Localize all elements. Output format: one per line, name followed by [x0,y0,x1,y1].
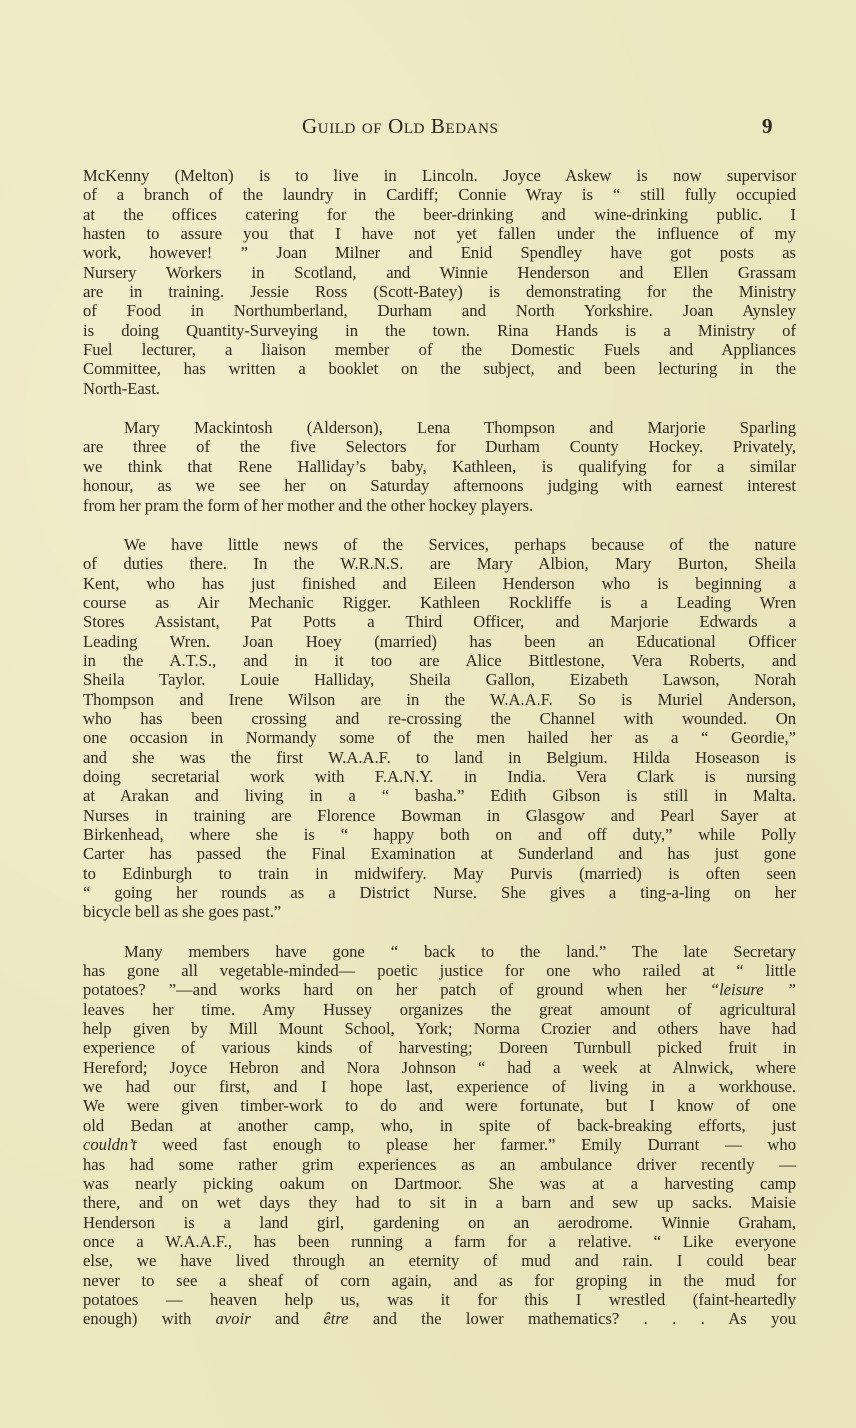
text-segment: potatoes? ”—and works hard on her patch … [83,980,710,999]
italic-text: être [323,1309,348,1328]
text-line: are in training. Jessie Ross (Scott-Bate… [83,282,796,301]
running-title: Guild of Old Bedans [302,114,498,139]
text-line: at Arakan and living in a “ basha.” Edit… [83,786,796,805]
text-line: at the offices catering for the beer-dri… [83,205,796,224]
page-number: 9 [762,114,773,139]
text-line: experience of various kinds of harvestin… [83,1038,796,1057]
text-line: Sheila Taylor. Louie Halliday, Sheila Ga… [83,670,796,689]
text-line: are three of the five Selectors for Durh… [83,437,796,456]
text-line: North-East. [83,379,796,398]
text-line: one occasion in Normandy some of the men… [83,728,796,747]
text-line: work, however! ” Joan Milner and Enid Sp… [83,243,796,262]
text-line: Many members have gone “ back to the lan… [83,942,796,961]
text-line: to Edinburgh to train in midwifery. May … [83,864,796,883]
paragraph-land-work: Many members have gone “ back to the lan… [83,942,796,1329]
text-line: honour, as we see her on Saturday aftern… [83,476,796,495]
text-line: “ going her rounds as a District Nurse. … [83,883,796,902]
text-line: Thompson and Irene Wilson are in the W.A… [83,690,796,709]
text-line: Hereford; Joyce Hebron and Nora Johnson … [83,1058,796,1077]
text-line: Leading Wren. Joan Hoey (married) has be… [83,632,796,651]
italic-text: couldn’t [83,1135,136,1154]
text-line: never to see a sheaf of corn again, and … [83,1271,796,1290]
paragraph-spacer [83,922,796,942]
text-line: hasten to assure you that I have not yet… [83,224,796,243]
text-line: from her pram the form of her mother and… [83,496,796,515]
document-page: Guild of Old Bedans 9 McKenny (Melton) i… [0,0,856,1428]
paragraph-services: We have little news of the Services, per… [83,535,796,922]
text-line: else, we have lived through an eternity … [83,1251,796,1270]
text-line: Henderson is a land girl, gardening on a… [83,1213,796,1232]
text-line: old Bedan at another camp, who, in spite… [83,1116,796,1135]
text-segment: weed fast enough to please her farmer.” … [136,1135,796,1154]
text-line: couldn’t weed fast enough to please her … [83,1135,796,1154]
paragraph-spacer [83,398,796,418]
text-line: enough) with avoir and être and the lowe… [83,1309,796,1328]
text-line: bicycle bell as she goes past.” [83,902,796,921]
text-line: Birkenhead, where she is “ happy both on… [83,825,796,844]
text-line: potatoes? ”—and works hard on her patch … [83,980,796,999]
text-line: Nurses in training are Florence Bowman i… [83,806,796,825]
running-header: Guild of Old Bedans 9 [0,114,856,144]
text-line: We have little news of the Services, per… [83,535,796,554]
body-text: McKenny (Melton) is to live in Lincoln. … [83,166,796,1329]
italic-text: avoir [216,1309,251,1328]
paragraph-employment-news: McKenny (Melton) is to live in Lincoln. … [83,166,796,398]
text-line: potatoes — heaven help us, was it for th… [83,1290,796,1309]
text-line: who has been crossing and re-crossing th… [83,709,796,728]
text-line: has had some rather grim experiences as … [83,1155,796,1174]
text-line: was nearly picking oakum on Dartmoor. Sh… [83,1174,796,1193]
text-segment: and [251,1309,324,1328]
text-line: Kent, who has just finished and Eileen H… [83,574,796,593]
text-line: has gone all vegetable-minded— poetic ju… [83,961,796,980]
text-segment: and the lower mathematics? . . . As you [349,1309,796,1328]
text-line: Stores Assistant, Pat Potts a Third Offi… [83,612,796,631]
paragraph-spacer [83,515,796,535]
text-line: we think that Rene Halliday’s baby, Kath… [83,457,796,476]
text-line: help given by Mill Mount School, York; N… [83,1019,796,1038]
text-line: course as Air Mechanic Rigger. Kathleen … [83,593,796,612]
text-line: and she was the first W.A.A.F. to land i… [83,748,796,767]
text-line: of duties there. In the W.R.N.S. are Mar… [83,554,796,573]
text-line: Nursery Workers in Scotland, and Winnie … [83,263,796,282]
text-line: doing secretarial work with F.A.N.Y. in … [83,767,796,786]
text-line: We were given timber-work to do and were… [83,1096,796,1115]
text-line: once a W.A.A.F., has been running a farm… [83,1232,796,1251]
text-line: we had our first, and I hope last, exper… [83,1077,796,1096]
text-line: of Food in Northumberland, Durham and No… [83,301,796,320]
italic-text: “leisure ” [710,980,796,999]
text-line: is doing Quantity-Surveying in the town.… [83,321,796,340]
text-line: there, and on wet days they had to sit i… [83,1193,796,1212]
text-line: McKenny (Melton) is to live in Lincoln. … [83,166,796,185]
text-line: of a branch of the laundry in Cardiff; C… [83,185,796,204]
text-line: Mary Mackintosh (Alderson), Lena Thompso… [83,418,796,437]
text-line: Committee, has written a booklet on the … [83,359,796,378]
text-line: in the A.T.S., and in it too are Alice B… [83,651,796,670]
text-line: leaves her time. Amy Hussey organizes th… [83,1000,796,1019]
text-line: Carter has passed the Final Examination … [83,844,796,863]
paragraph-hockey: Mary Mackintosh (Alderson), Lena Thompso… [83,418,796,515]
text-line: Fuel lecturer, a liaison member of the D… [83,340,796,359]
text-segment: enough) with [83,1309,216,1328]
